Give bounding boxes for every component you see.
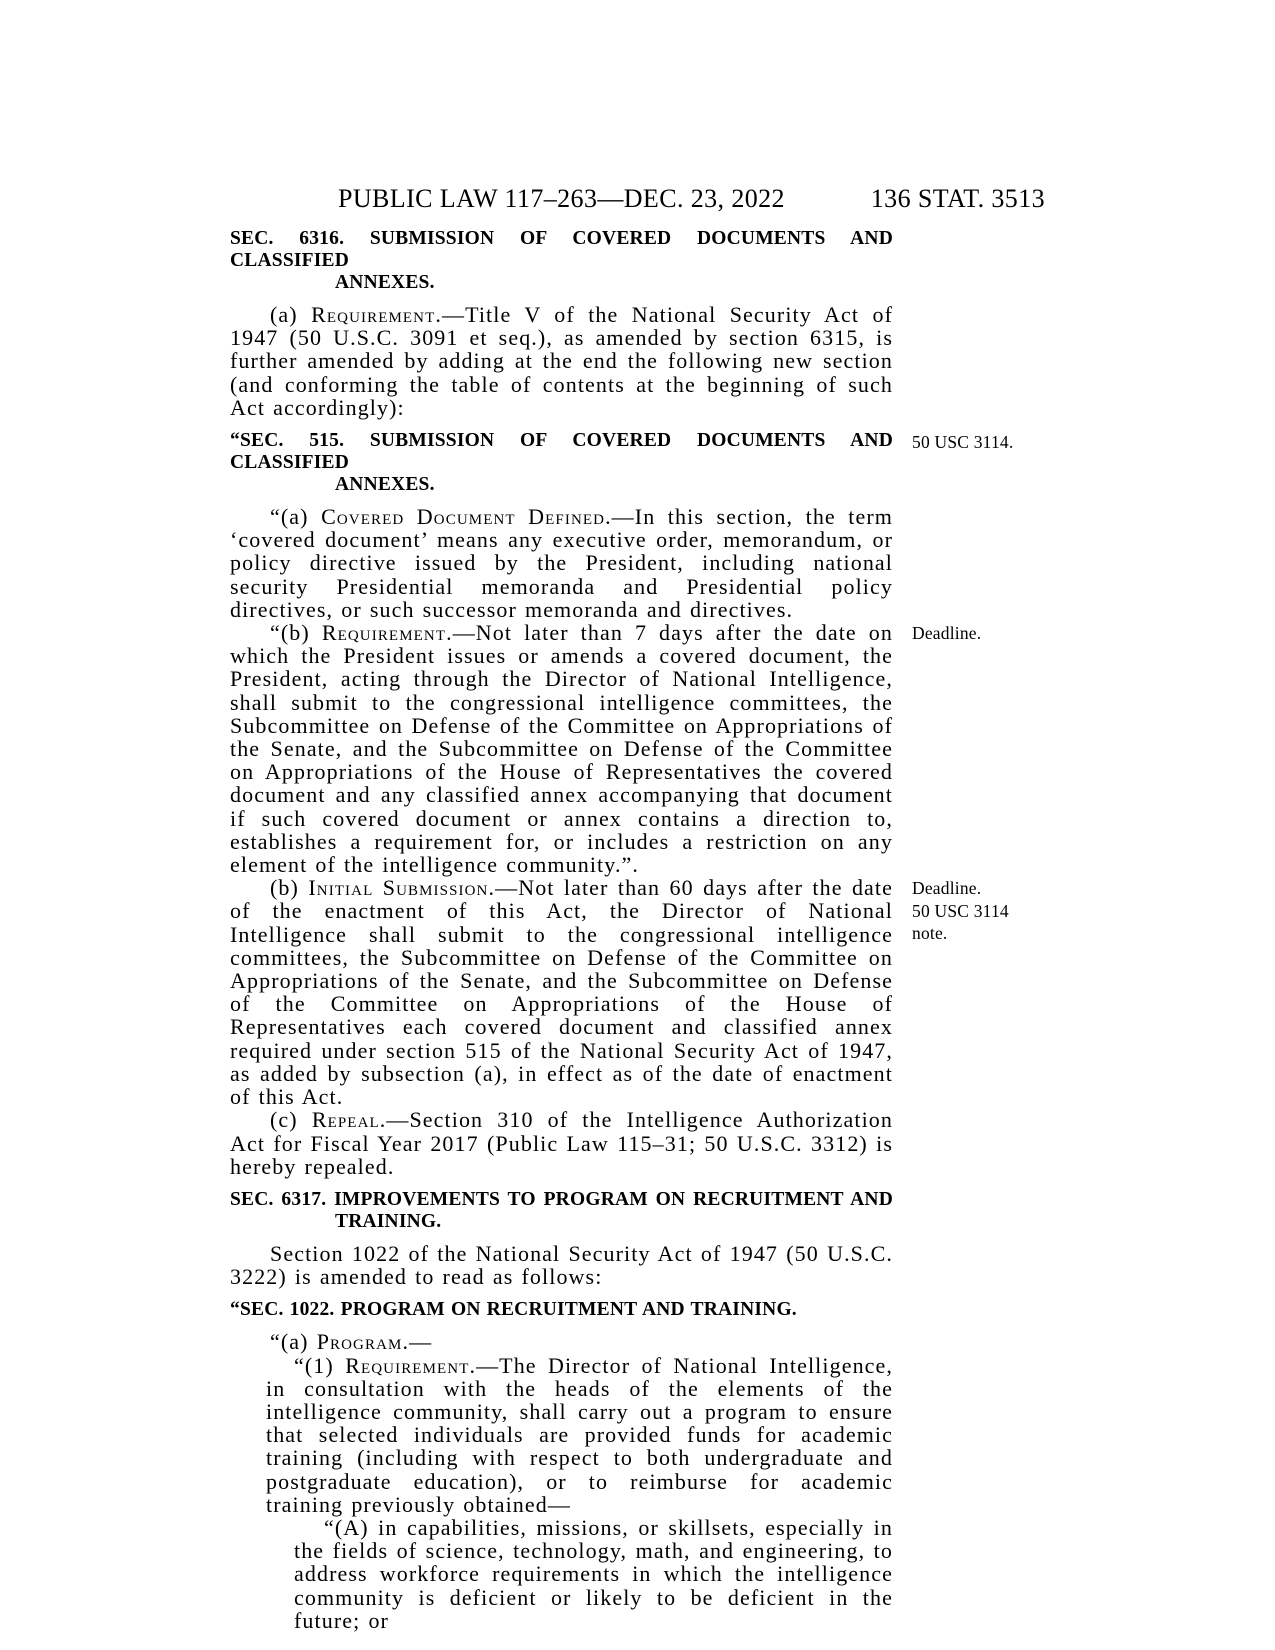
text-run: (c) <box>270 1107 312 1132</box>
text-run: “(b) <box>270 620 322 645</box>
margin-note-line: 50 USC 3114. <box>912 431 1072 454</box>
heading-line: SEC. 6316. SUBMISSION OF COVERED DOCUMEN… <box>230 228 893 272</box>
small-caps-run: Initial Submission <box>308 875 488 900</box>
text-run: Section 1022 of the National Security Ac… <box>230 1241 893 1289</box>
paragraph-1022-a1-requirement: “(1) Requirement.—The Director of Nation… <box>230 1354 893 1516</box>
margin-note: Deadline.50 USC 3114note. <box>912 877 1072 945</box>
text-run: .—The Director of National Intelligence,… <box>266 1353 893 1517</box>
margin-note-line: Deadline. <box>912 877 1072 900</box>
section-heading-1022: “SEC. 1022. PROGRAM ON RECRUITMENT AND T… <box>230 1299 893 1321</box>
margin-note-line: 50 USC 3114 <box>912 900 1072 923</box>
margin-note-line: note. <box>912 922 1072 945</box>
paragraph-6316-c-repeal: (c) Repeal.—Section 310 of the Intellige… <box>230 1108 893 1178</box>
text-run: .— <box>402 1329 432 1354</box>
small-caps-run: Requirement <box>322 620 446 645</box>
running-header-stat-page-number: 136 STAT. 3513 <box>871 184 1045 214</box>
statute-page: PUBLIC LAW 117–263—DEC. 23, 2022 136 STA… <box>0 0 1275 1650</box>
text-run: .—Not later than 60 days after the date … <box>230 875 893 1109</box>
heading-line: SEC. 6317. IMPROVEMENTS TO PROGRAM ON RE… <box>230 1189 893 1211</box>
section-heading-515: “SEC. 515. SUBMISSION OF COVERED DOCUMEN… <box>230 430 893 496</box>
margin-note: Deadline. <box>912 622 1072 645</box>
paragraph-1022-a1-A: “(A) in capabilities, missions, or skill… <box>230 1516 893 1632</box>
small-caps-run: Requirement <box>311 302 435 327</box>
text-run: “(a) <box>270 504 321 529</box>
paragraph-6317-intro: Section 1022 of the National Security Ac… <box>230 1242 893 1288</box>
small-caps-run: Program <box>317 1329 403 1354</box>
content-column: SEC. 6316. SUBMISSION OF COVERED DOCUMEN… <box>230 228 893 1632</box>
text-run: “(A) in capabilities, missions, or skill… <box>294 1515 893 1633</box>
heading-line: TRAINING. <box>335 1211 893 1233</box>
margin-note: 50 USC 3114. <box>912 431 1072 454</box>
heading-line: “SEC. 1022. PROGRAM ON RECRUITMENT AND T… <box>230 1299 893 1321</box>
section-heading-6316: SEC. 6316. SUBMISSION OF COVERED DOCUMEN… <box>230 228 893 294</box>
heading-line: “SEC. 515. SUBMISSION OF COVERED DOCUMEN… <box>230 430 893 474</box>
paragraph-515-b-requirement: “(b) Requirement.—Not later than 7 days … <box>230 621 893 876</box>
text-run: “(a) <box>270 1329 317 1354</box>
paragraph-6316-b-initial-submission: (b) Initial Submission.—Not later than 6… <box>230 876 893 1108</box>
text-run: (b) <box>270 875 308 900</box>
margin-note-line: Deadline. <box>912 622 1072 645</box>
running-header-law-title: PUBLIC LAW 117–263—DEC. 23, 2022 <box>230 184 893 214</box>
paragraph-1022-a-program: “(a) Program.— <box>230 1330 893 1353</box>
running-header: PUBLIC LAW 117–263—DEC. 23, 2022 136 STA… <box>230 184 1045 214</box>
small-caps-run: Requirement <box>345 1353 469 1378</box>
small-caps-run: Repeal <box>312 1107 380 1132</box>
heading-line: ANNEXES. <box>335 272 893 294</box>
section-heading-6317: SEC. 6317. IMPROVEMENTS TO PROGRAM ON RE… <box>230 1189 893 1233</box>
small-caps-run: Covered Document Defined <box>321 504 605 529</box>
paragraph-6316-a-requirement: (a) Requirement.—Title V of the National… <box>230 303 893 419</box>
text-run: (a) <box>270 302 311 327</box>
text-run: “(1) <box>294 1353 345 1378</box>
text-run: .—Not later than 7 days after the date o… <box>230 620 893 877</box>
heading-line: ANNEXES. <box>335 474 893 496</box>
paragraph-515-a-covered-document-defined: “(a) Covered Document Defined.—In this s… <box>230 505 893 621</box>
